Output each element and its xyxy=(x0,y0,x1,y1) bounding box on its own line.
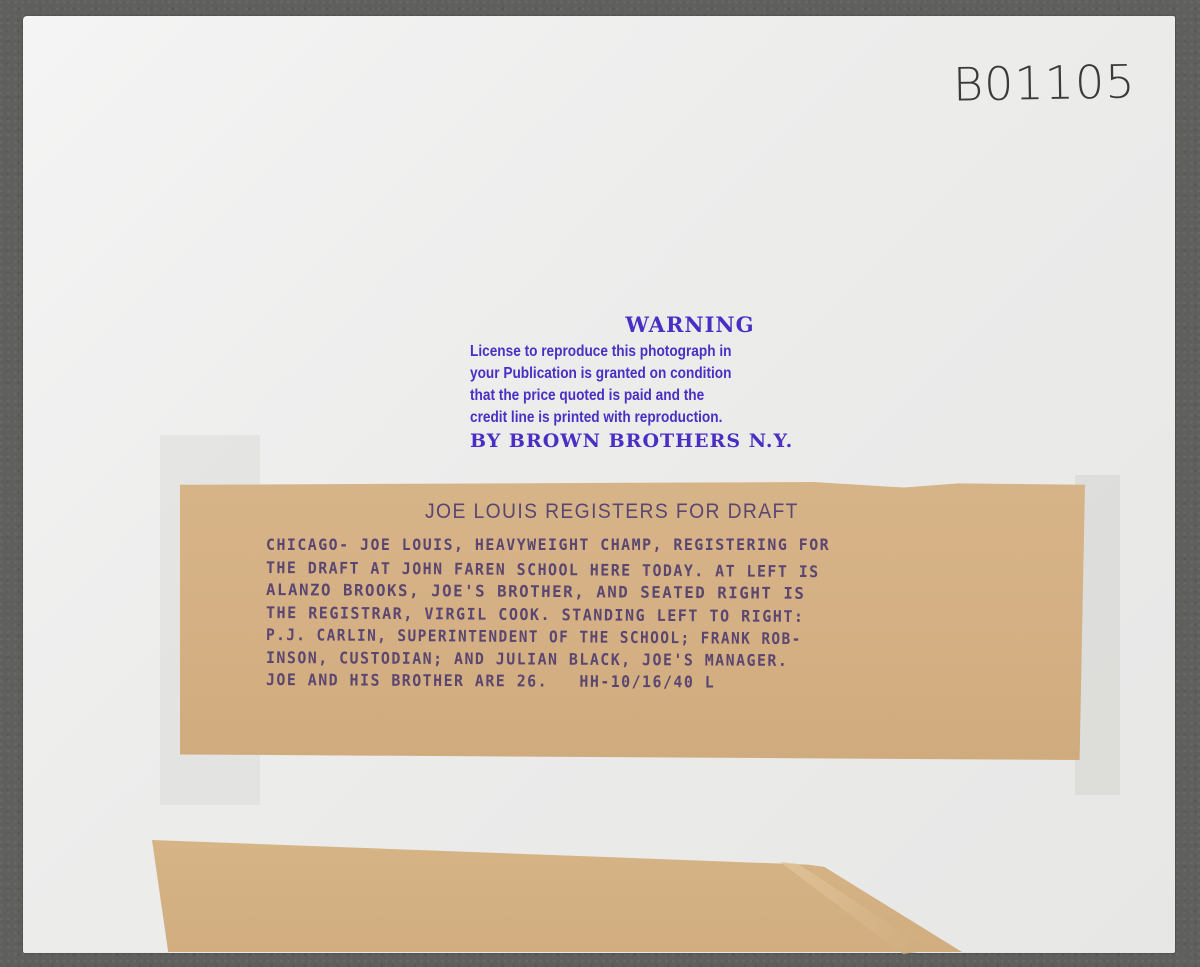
stamp-line: License to reproduce this photograph in xyxy=(470,341,822,363)
stamp-line: credit line is printed with reproduction… xyxy=(470,407,822,429)
stamp-credit: BY BROWN BROTHERS N.Y. xyxy=(470,429,870,453)
stamp-title: WARNING xyxy=(510,312,870,337)
caption-headline: JOE LOUIS REGISTERS FOR DRAFT xyxy=(425,500,799,524)
handwritten-catalog-number: B01105 xyxy=(953,54,1136,111)
caption-line: INSON, CUSTODIAN; AND JULIAN BLACK, JOE'… xyxy=(266,647,830,673)
stamp-line: your Publication is granted on condition xyxy=(470,363,822,385)
warning-stamp: WARNING License to reproduce this photog… xyxy=(470,312,870,453)
caption-body: CHICAGO- JOE LOUIS, HEAVYWEIGHT CHAMP, R… xyxy=(266,534,873,692)
typed-caption-slip: JOE LOUIS REGISTERS FOR DRAFT CHICAGO- J… xyxy=(180,482,1085,760)
caption-line: CHICAGO- JOE LOUIS, HEAVYWEIGHT CHAMP, R… xyxy=(266,534,830,557)
caption-line: JOE AND HIS BROTHER ARE 26. HH-10/16/40 … xyxy=(266,669,830,695)
stamp-line: that the price quoted is paid and the xyxy=(470,385,822,407)
